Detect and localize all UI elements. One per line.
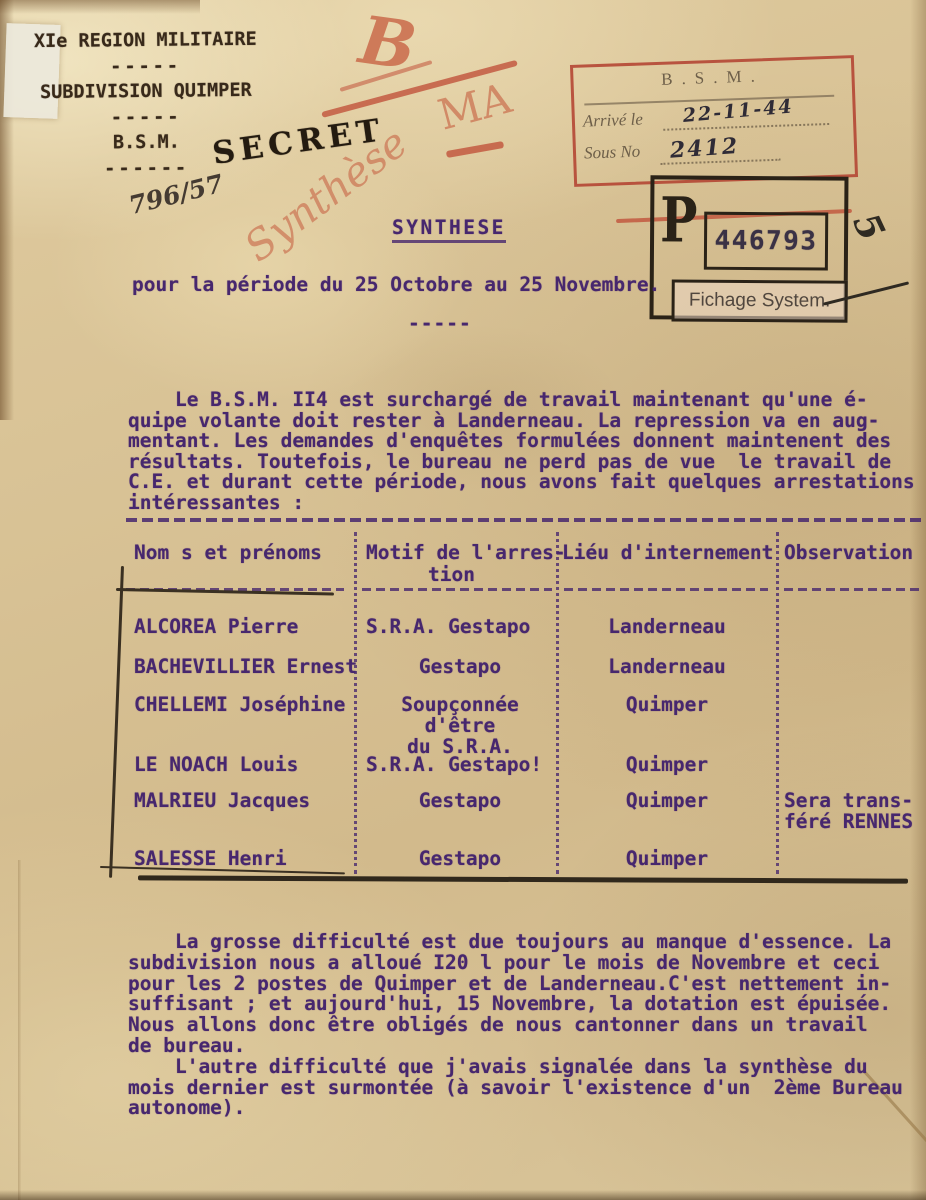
red-underline-ma bbox=[446, 141, 504, 158]
table-header-lieu: Liéu d'internement bbox=[562, 542, 773, 563]
table-row-motif: Gestapo bbox=[364, 656, 556, 677]
table-row-name: CHELLEMI Joséphine bbox=[134, 694, 345, 715]
table-row-name: MALRIEU Jacques bbox=[134, 790, 310, 811]
table-row-motif: S.R.A. Gestapo bbox=[366, 616, 530, 637]
arrival-stamp: B.S.M. Arrivé le 22-11-44 Sous No 2412 bbox=[570, 55, 858, 187]
fichage-number-box: 446793 bbox=[704, 212, 828, 271]
table-row-name: BACHEVILLIER Ernest bbox=[134, 656, 357, 677]
fichage-label-box: Fichage System. bbox=[671, 279, 847, 322]
column-separator bbox=[556, 532, 559, 874]
table-header-motif: Motif de l'arres- bbox=[366, 542, 566, 563]
table-top-rule bbox=[126, 518, 922, 522]
table-row-lieu: Landerneau bbox=[562, 656, 772, 677]
table-row-lieu: Quimper bbox=[562, 848, 772, 869]
registry-number-value: 2412 bbox=[669, 133, 740, 164]
document-page: XIe REGION MILITAIRE ----- SUBDIVISION Q… bbox=[0, 0, 926, 1200]
table-header-observation: Observation bbox=[784, 542, 913, 563]
table-row-name: LE NOACH Louis bbox=[134, 754, 298, 775]
header-underline bbox=[784, 588, 924, 591]
fichage-letter-p: P bbox=[660, 183, 698, 256]
letterhead-region: XIe REGION MILITAIRE bbox=[19, 27, 271, 55]
table-row-lieu: Quimper bbox=[562, 754, 772, 775]
table-row-name: SALESSE Henri bbox=[134, 848, 287, 869]
table-row-motif: Soupçonnée d'être du S.R.A. bbox=[364, 694, 556, 757]
letterhead-divider: ----- bbox=[20, 103, 272, 131]
table-row-lieu: Quimper bbox=[562, 694, 772, 715]
table-row-motif: S.R.A. Gestapo! bbox=[366, 754, 542, 775]
bottom-edge-shadow bbox=[0, 1190, 926, 1200]
fichage-number: 446793 bbox=[714, 226, 817, 257]
table-row-lieu: Quimper bbox=[562, 790, 772, 811]
table-row-obs: Sera trans- féré RENNES bbox=[784, 790, 926, 832]
table-row-motif: Gestapo bbox=[364, 790, 556, 811]
table-header-names: Nom s et prénoms bbox=[134, 542, 322, 563]
document-title: SYNTHESE bbox=[392, 216, 506, 243]
registry-number-label: Sous No bbox=[584, 142, 641, 164]
fichage-label: Fichage System. bbox=[689, 290, 831, 313]
header-underline bbox=[362, 588, 552, 591]
table-row-motif: Gestapo bbox=[364, 848, 556, 869]
table-row-name: ALCOREA Pierre bbox=[134, 616, 298, 637]
arrival-stamp-title: B.S.M. bbox=[573, 63, 852, 93]
arrests-table: Nom s et prénoms Motif de l'arres- tion … bbox=[126, 518, 926, 884]
letterhead-divider: ----- bbox=[19, 52, 271, 80]
column-separator bbox=[776, 532, 779, 874]
left-crease bbox=[18, 860, 21, 1200]
body-paragraphs: La grosse difficulté est due toujours au… bbox=[128, 932, 903, 1119]
table-header-motif-line2: tion bbox=[428, 564, 475, 585]
table-row-lieu: Landerneau bbox=[562, 616, 772, 637]
handwritten-page-number: 5 bbox=[844, 207, 893, 247]
top-edge-shadow bbox=[0, 0, 200, 14]
header-underline bbox=[564, 588, 768, 591]
document-subtitle: pour la période du 25 Octobre au 25 Nove… bbox=[132, 273, 660, 296]
letterhead-subdivision: SUBDIVISION QUIMPER bbox=[20, 78, 272, 106]
pen-vertical-mark bbox=[109, 566, 123, 878]
arrival-date-label: Arrivé le bbox=[583, 109, 644, 131]
intro-paragraph: Le B.S.M. II4 est surchargé de travail m… bbox=[128, 390, 915, 514]
subtitle-dashes: ----- bbox=[408, 312, 472, 335]
column-separator bbox=[354, 532, 357, 874]
fichage-stamp: P 446793 Fichage System. bbox=[649, 175, 848, 320]
